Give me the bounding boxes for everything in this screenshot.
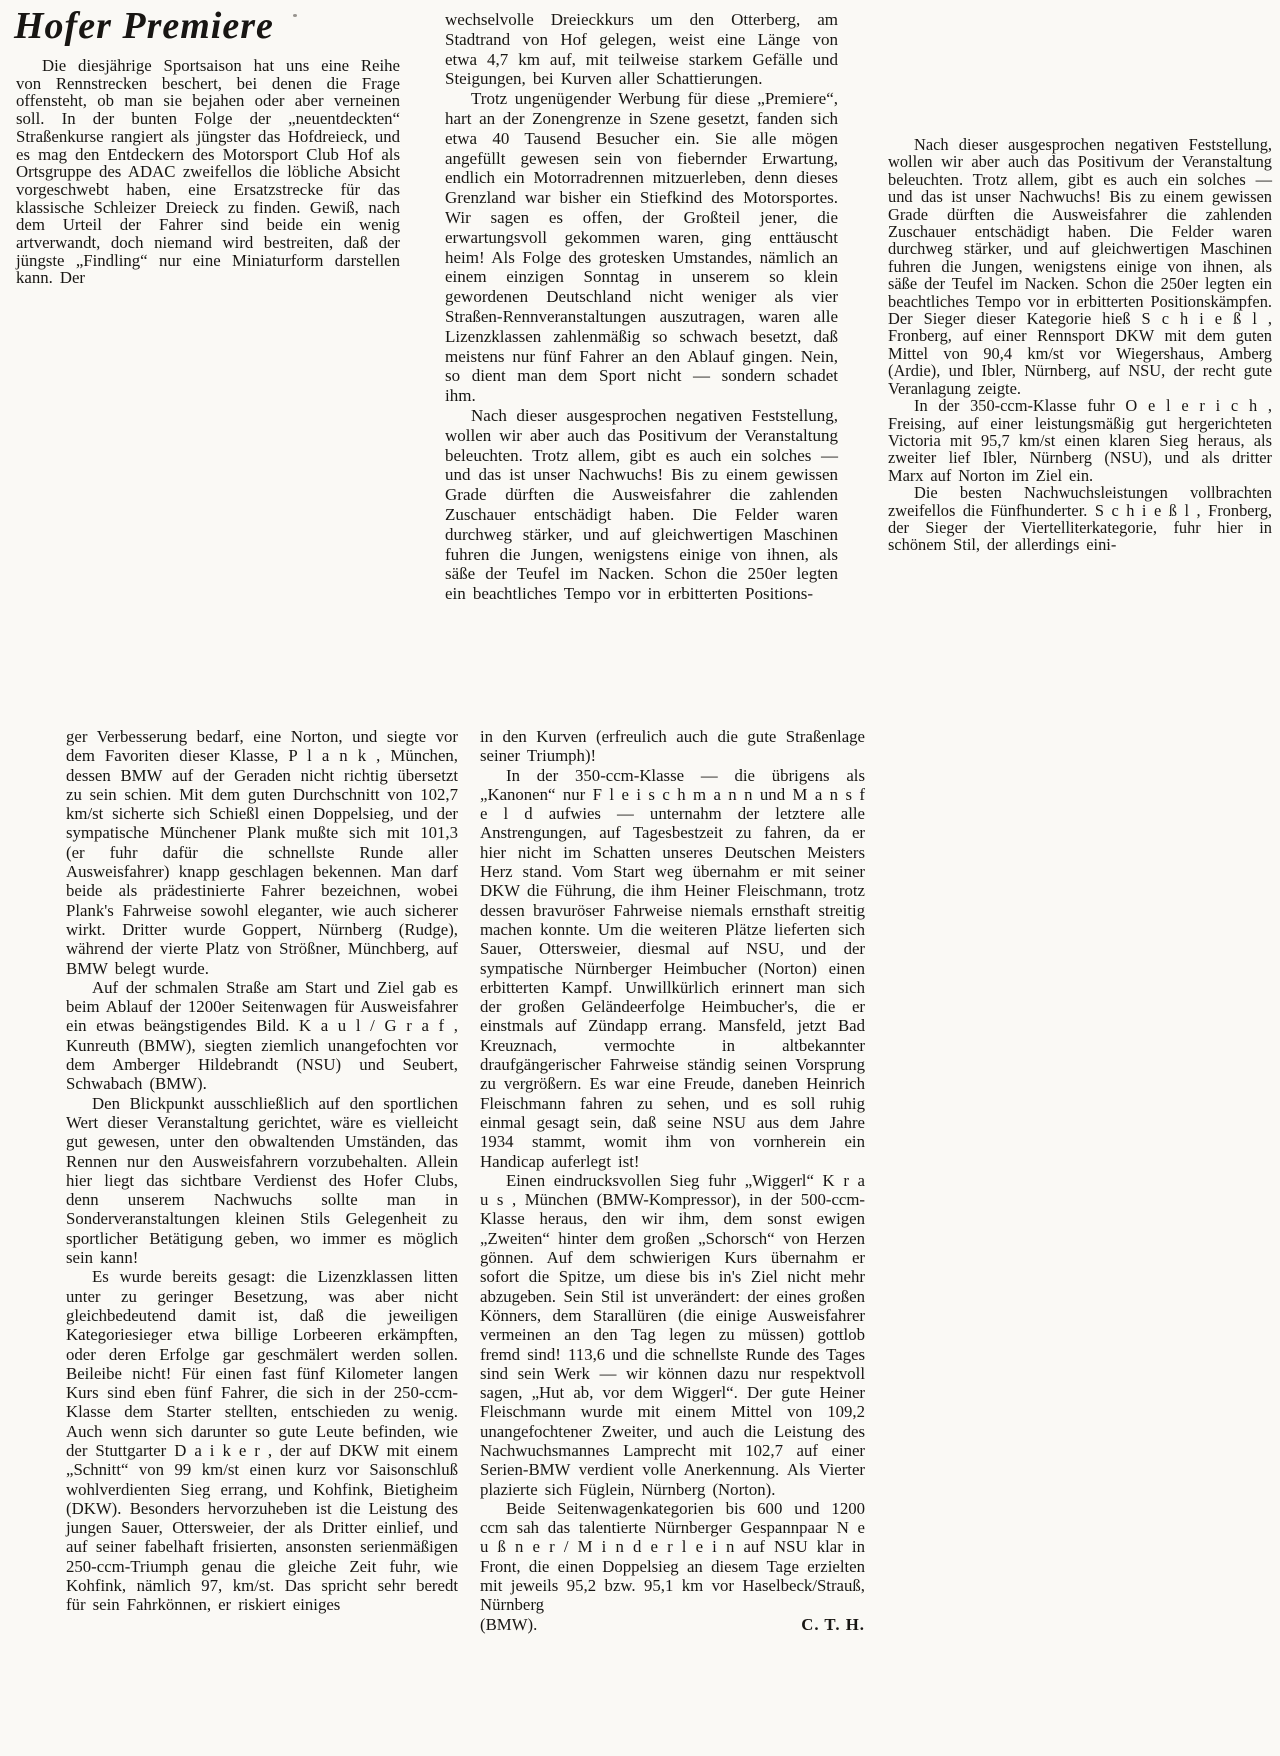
print-speck (293, 14, 297, 17)
paragraph: wechselvolle Dreieckkurs um den Otterber… (445, 10, 838, 89)
paragraph: In der 350-ccm-Klasse — die übrigens als… (480, 766, 865, 1171)
paragraph: Die besten Nachwuchsleistungen vollbrach… (888, 484, 1272, 554)
byline: C. T. H. (801, 1615, 865, 1634)
paragraph: Nach dieser ausgesprochen negativen Fest… (445, 406, 838, 604)
paragraph: in den Kurven (erfreulich auch die gute … (480, 727, 865, 766)
column-bottom-left: ger Verbesserung bedarf, eine Norton, un… (66, 727, 458, 1615)
column-bottom-middle: in den Kurven (erfreulich auch die gute … (480, 727, 865, 1634)
column-top-middle: wechselvolle Dreieckkurs um den Otterber… (445, 10, 838, 604)
paragraph: Nach dieser ausgesprochen negativen Fest… (888, 136, 1272, 397)
paragraph: In der 350-ccm-Klasse fuhr O e l e r i c… (888, 397, 1272, 484)
paragraph: Die diesjährige Sportsaison hat uns eine… (16, 57, 400, 287)
paragraph: Einen eindrucksvollen Sieg fuhr „Wiggerl… (480, 1171, 865, 1499)
paragraph: Auf der schmalen Straße am Start und Zie… (66, 978, 458, 1094)
last-line-text: (BMW). (480, 1615, 537, 1634)
paragraph: Es wurde bereits gesagt: die Lizenzklass… (66, 1267, 458, 1614)
column-top-right: Nach dieser ausgesprochen negativen Fest… (888, 136, 1272, 554)
newspaper-page: Hofer Premiere Die diesjährige Sportsais… (0, 0, 1280, 1756)
article-title: Hofer Premiere (14, 4, 274, 48)
paragraph: Trotz ungenügender Werbung für diese „Pr… (445, 89, 838, 406)
column-top-left: Die diesjährige Sportsaison hat uns eine… (16, 57, 400, 287)
paragraph: ger Verbesserung bedarf, eine Norton, un… (66, 727, 458, 978)
byline-row: (BMW). C. T. H. (480, 1615, 865, 1634)
paragraph: Beide Seitenwagenkategorien bis 600 und … (480, 1499, 865, 1615)
paragraph: Den Blickpunkt ausschließlich auf den sp… (66, 1094, 458, 1268)
